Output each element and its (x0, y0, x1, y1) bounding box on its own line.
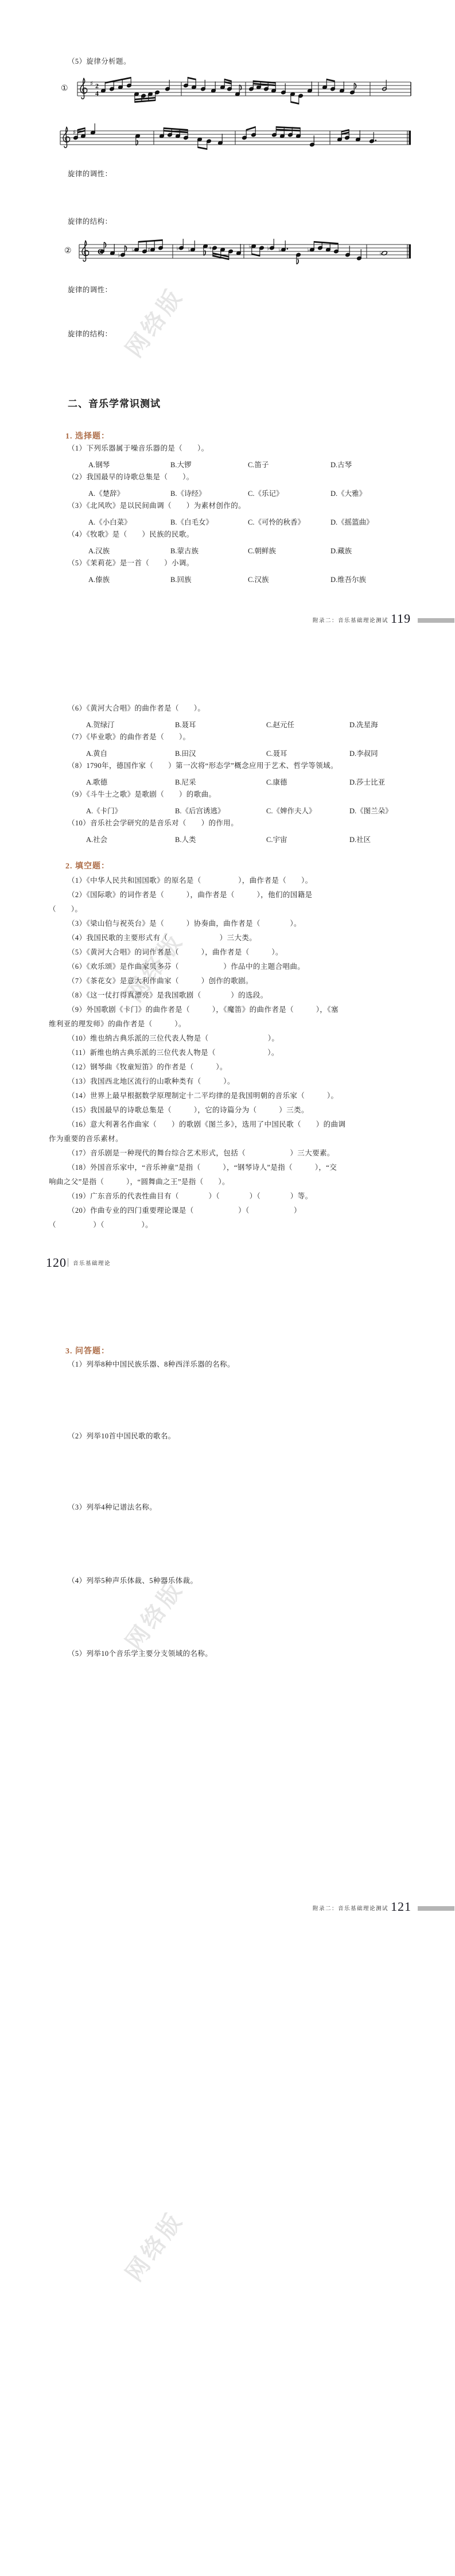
beam (135, 97, 155, 100)
staff-system-2: ♯ (0, 115, 455, 157)
choice-option: C.聂耳 (266, 748, 287, 758)
choice-option: A.《卡门》 (86, 805, 122, 816)
tonality-label-2: 旋律的调性： (68, 286, 112, 294)
choice-option: B.聂耳 (175, 719, 196, 730)
choice-option: A.贺绿汀 (86, 719, 115, 730)
augmentation-dot (375, 139, 377, 141)
blank-item: （13）我国西北地区流行的山歌种类有（ ）。 (68, 1078, 235, 1086)
choice-option: D.《摇篮曲》 (330, 517, 374, 527)
choice-question: （1）下列乐器属于噪音乐器的是（ ）。 (68, 445, 209, 453)
footer-119-bar (418, 618, 454, 623)
choice-option: C.宇宙 (266, 834, 287, 844)
blank-item: （7）《茶花女》是意大利作曲家（ ）创作的歌剧。 (68, 977, 253, 986)
structure-label-2: 旋律的结构： (68, 331, 112, 339)
blank-item-cont: （ ）。 (49, 906, 82, 914)
footer-120-divider (68, 1258, 68, 1267)
choice-option: D.《大雅》 (330, 488, 366, 498)
choice-option: C.赵元任 (266, 719, 294, 730)
blank-item-cont: （ ）（ ）。 (49, 1221, 153, 1229)
footer-121-page-number: 121 (391, 1900, 411, 1914)
key-signature-sharp-icon: ♯ (73, 129, 76, 136)
scanned-document-page: （5）旋律分析题。 ① ② 旋律的调性： 旋律的结构： 旋律的调性： 旋律的结构… (0, 0, 455, 2576)
choice-option: B.大锣 (170, 459, 191, 470)
choice-option: A.《小白菜》 (88, 517, 131, 527)
blank-item: （8）《这一仗打得真漂亮》是我国歌剧（ ）的选段。 (68, 992, 268, 1000)
beam (291, 101, 299, 104)
choice-option: D.藏族 (330, 545, 352, 556)
beam (77, 130, 85, 133)
footer-119-page-number: 119 (391, 612, 411, 626)
choice-option: A.《楚辞》 (88, 488, 124, 498)
choice-option: C.《可怜的秋香》 (248, 517, 305, 527)
blank-item: （10）维也纳古典乐派的三位代表人物是（ ）。 (68, 1035, 279, 1043)
blank-item: （14）世界上最早根据数学原理制定十二平均律的是我国明朝的音乐家（ ）。 (68, 1092, 338, 1100)
blank-item: （2）《国际歌》的词作者是（ ），曲作者是（ ），他们的国籍是 (68, 891, 313, 899)
choice-option: B.《白毛女》 (170, 517, 213, 527)
choice-option: B.尼采 (175, 777, 196, 787)
accidental-icon: ♭ (131, 247, 134, 254)
blank-item-cont: 作为重要的音乐素材。 (49, 1135, 123, 1143)
footer-121-bar (418, 1906, 454, 1911)
qa-item: （1）列举8种中国民族乐器、8种西洋乐器的名称。 (68, 1361, 235, 1369)
blank-item: （17）音乐剧是一种现代的舞台综合艺术形式，包括（ ）三大要素。 (68, 1150, 335, 1158)
choice-option: C.《婢作夫人》 (266, 805, 316, 816)
blank-item: （4）我国民歌的主要形式有（ ）三大类。 (68, 934, 256, 942)
choice-option: C.朝鲜族 (248, 545, 276, 556)
choice-option: A.社会 (86, 834, 107, 844)
beam (276, 126, 300, 129)
choice-option: B.田汉 (175, 748, 196, 758)
melody-analysis-title: （5）旋律分析题。 (68, 58, 131, 66)
footer-119-label: 附录二：音乐基础理论测试 (313, 618, 388, 624)
footer-120-label: 音乐基础理论 (73, 1261, 111, 1267)
choice-option: D.《图兰朵》 (349, 805, 392, 816)
choice-option: A.歌德 (86, 777, 107, 787)
key-signature-sharp-icon: ♯ (90, 80, 93, 87)
choice-question: （6）《黄河大合唱》的曲作者是（ ）。 (68, 705, 205, 713)
blank-item: （6）《欢乐颂》是作曲家贝多芬（ ）作品中的主题合唱曲。 (68, 963, 305, 971)
blank-item: （12）钢琴曲《牧童短笛》的作者是（ ）。 (68, 1064, 227, 1072)
choice-option: B.蒙古族 (170, 545, 199, 556)
choice-option: D.冼星海 (349, 719, 378, 730)
choice-option: B.《后宫诱逃》 (175, 805, 224, 816)
choice-option: D.维吾尔族 (330, 574, 366, 584)
blank-item: （19）广东音乐的代表性曲目有（ ）（ ）（ ）等。 (68, 1193, 313, 1201)
beam (252, 253, 260, 257)
accidental-icon: ♮ (209, 246, 212, 252)
blank-item: （5）《黄河大合唱》的词作者是（ ），曲作者是（ ）。 (68, 949, 283, 957)
tonality-label-1: 旋律的调性： (68, 170, 112, 179)
choice-option: A.黄自 (86, 748, 107, 758)
choice-option: A.傣族 (88, 574, 110, 584)
choice-question: （7）《毕业歌》的曲作者是（ ）。 (68, 734, 190, 742)
qa-item: （5）列举10个音乐学主要分支领域的名称。 (68, 1650, 212, 1658)
choice-option: C.汉族 (248, 574, 269, 584)
accidental-icon: ♭ (248, 244, 251, 250)
watermark: 网络版 (116, 280, 189, 363)
beam (105, 77, 131, 84)
qa-item: （2）列举10首中国民歌的歌名。 (68, 1433, 176, 1441)
blank-section-heading: 2. 填空题： (65, 862, 110, 871)
blank-item: （1）《中华人民共和国国歌》的原名是（ ），曲作者是（ ）。 (68, 877, 313, 885)
beam (135, 99, 155, 103)
choice-option: C.《乐记》 (248, 488, 283, 498)
choice-option: B.人类 (175, 834, 196, 844)
beam (164, 127, 188, 131)
staff-system-3: C♭♭♯♭♭♮♭♭♭♭♭ (0, 228, 455, 271)
choice-question: （4）《牧歌》是（ ）民族的民歌。 (68, 531, 194, 539)
accidental-icon: ♭ (176, 246, 179, 252)
choice-option: B.回族 (170, 574, 191, 584)
footer-120-page-number: 120 (46, 1256, 67, 1270)
choice-option: B.《诗经》 (170, 488, 205, 498)
choice-question: （3）《北风吹》是以民间曲调（ ）为素材创作的。 (68, 502, 246, 510)
choice-option: A.汉族 (88, 545, 110, 556)
time-signature: 2 (95, 82, 99, 90)
choice-question: （2）我国最早的诗歌总集是（ ）。 (68, 474, 194, 482)
watermark: 网络版 (116, 2203, 189, 2287)
beam (198, 146, 207, 150)
accidental-icon: ♭ (278, 247, 281, 254)
choice-question: （5）《茉莉花》是一首（ ）小调。 (68, 560, 194, 568)
blank-item: （18）外国音乐家中，“音乐神童”是指（ ），“钢琴诗人”是指（ ），“交 (68, 1164, 337, 1172)
beam (77, 127, 85, 131)
choice-option: D.李叔同 (349, 748, 378, 758)
choice-option: C.康德 (266, 777, 287, 787)
footer-121-label: 附录二：音乐基础理论测试 (313, 1906, 388, 1912)
staff-system-1: ♯24 (0, 66, 455, 108)
choice-option: A.钢琴 (88, 459, 110, 470)
choice-section-heading: 1. 选择题： (65, 432, 110, 441)
beam (246, 126, 255, 131)
accidental-icon: ♭ (188, 247, 190, 254)
qa-section-heading: 3. 问答题： (65, 1347, 110, 1356)
beam (253, 80, 275, 84)
blank-item-cont: 维利亚的理发师》的曲作者是（ ）。 (49, 1021, 186, 1029)
accidental-icon: ♭ (267, 246, 270, 252)
beam (224, 79, 231, 82)
blank-item-cont: 响曲之父”是指（ ），“圆舞曲之王”是指（ ）。 (49, 1178, 230, 1186)
blank-item: （11）新维也纳古典乐派的三位代表人物是（ ）。 (68, 1049, 279, 1057)
choice-question: （8）1790年，德国作家（ ）第一次将“形态学”概念应用于艺术、哲学等领域。 (68, 762, 338, 770)
blank-item: （15）我国最早的诗歌总集是（ ），它的诗篇分为（ ）三类。 (68, 1107, 309, 1115)
final-barline (409, 131, 411, 145)
augmentation-dot (287, 248, 289, 250)
accidental-icon: ♯ (147, 247, 150, 254)
structure-label-1: 旋律的结构： (68, 218, 112, 226)
blank-item: （3）《梁山伯与祝英台》是（ ）协奏曲，曲作者是（ ）。 (68, 920, 301, 928)
choice-question: （9）《斗牛士之歌》是歌剧（ ）的歌曲。 (68, 791, 216, 799)
beam (341, 129, 349, 133)
beam (314, 241, 338, 245)
qa-item: （3）列举4种记谱法名称。 (68, 1504, 157, 1512)
choice-question: （10）音乐社会学研究的是音乐对（ ）的作用。 (68, 820, 238, 828)
final-barline (409, 245, 411, 258)
beam (224, 81, 231, 84)
accidental-icon: ♭ (307, 247, 310, 254)
time-signature: 4 (95, 90, 99, 98)
qa-item: （4）列举5种声乐体裁、5种器乐体裁。 (68, 1577, 197, 1585)
beam (138, 239, 162, 243)
blank-item: （9）外国歌剧《卡门》的曲作者是（ ），《魔笛》的曲作者是（ ），《塞 (68, 1006, 339, 1014)
choice-option: C.笛子 (248, 459, 269, 470)
section-title: 二、音乐学常识测试 (68, 399, 161, 410)
beam (164, 130, 188, 133)
blank-item: （20）作曲专业的四门重要理论课是（ ）（ ） (68, 1207, 301, 1215)
beam (326, 79, 335, 82)
beam (188, 77, 196, 80)
choice-option: D.古琴 (330, 459, 352, 470)
choice-option: D.莎士比亚 (349, 777, 385, 787)
accidental-icon: ♭ (118, 253, 120, 259)
blank-item: （16）意大利著名作曲家（ ）的歌剧《图兰多》，选用了中国民歌（ ）的曲调 (68, 1121, 345, 1129)
choice-option: D.社区 (349, 834, 371, 844)
